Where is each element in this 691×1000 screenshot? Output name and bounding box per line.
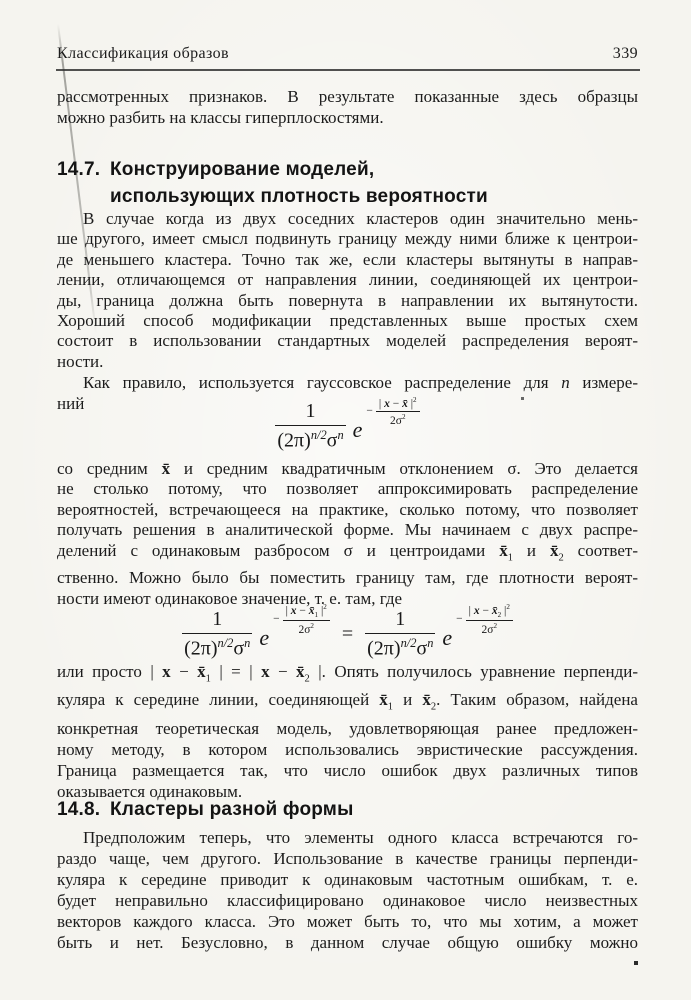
running-header: Классификация образов 339 bbox=[57, 45, 638, 63]
minus-sign: − bbox=[366, 405, 373, 417]
fraction: 1 (2π)n/2σn bbox=[365, 608, 435, 661]
text-line: вероятностей, встречающееся на практике,… bbox=[57, 500, 638, 520]
text-line: В случае когда из двух соседних кластеро… bbox=[57, 209, 638, 229]
paragraph-mean-sigma: со средним x̄ и средним квадратичным отк… bbox=[57, 459, 638, 609]
exponent-numerator: | x − x̄2 |2 bbox=[466, 603, 513, 621]
fraction-denominator: (2π)n/2σn bbox=[275, 426, 345, 453]
header-rule bbox=[56, 69, 640, 71]
text-line: со средним x̄ и средним квадратичным отк… bbox=[57, 459, 638, 479]
fraction-numerator: 1 bbox=[275, 400, 345, 426]
fraction-denominator: (2π)n/2σn bbox=[365, 634, 435, 661]
text-line: получать решения в аналитической форме. … bbox=[57, 520, 638, 540]
text-line: конкретная теоретическая модель, удовлет… bbox=[57, 718, 638, 739]
exponent: − | x − x̄ |2 2σ2 bbox=[366, 396, 419, 427]
equals-sign: = bbox=[342, 623, 353, 646]
exponent-fraction: | x − x̄1 |2 2σ2 bbox=[283, 603, 330, 636]
fraction-numerator: 1 bbox=[365, 608, 435, 634]
text-line: ному методу, в котором использовались эв… bbox=[57, 739, 638, 760]
exponential-term: e − | x − x̄ |2 2σ2 bbox=[353, 411, 420, 442]
text-line: Граница размещается так, что число ошибо… bbox=[57, 760, 638, 781]
exponential-term: e − | x − x̄2 |2 2σ2 bbox=[442, 618, 513, 651]
fraction-denominator: (2π)n/2σn bbox=[182, 634, 252, 661]
exponent-denominator: 2σ2 bbox=[283, 621, 330, 636]
e-base: e bbox=[353, 417, 363, 443]
text-line: лении, отличающемся от направления линии… bbox=[57, 270, 638, 290]
text-line: ше другого, имеет смысл подвинуть границ… bbox=[57, 229, 638, 249]
text-line: можно разбить на классы гиперплоскостями… bbox=[57, 107, 638, 128]
text-line: ды, граница должна быть повернута в напр… bbox=[57, 291, 638, 311]
exponent: − | x − x̄1 |2 2σ2 bbox=[273, 603, 330, 636]
text-line: быть и нет. Безусловно, в данном случае … bbox=[57, 932, 638, 953]
paragraph-clusters: В случае когда из двух соседних кластеро… bbox=[57, 209, 638, 372]
section-number: 14.8. bbox=[57, 796, 110, 823]
exponent-fraction: | x − x̄ |2 2σ2 bbox=[376, 396, 420, 427]
fraction-numerator: 1 bbox=[182, 608, 252, 634]
paragraph-different-shapes: Предположим теперь, что элементы одного … bbox=[57, 827, 638, 953]
exponent-numerator: | x − x̄1 |2 bbox=[283, 603, 330, 621]
book-page: Классификация образов 339 рассмотренных … bbox=[0, 0, 691, 1000]
text-line: Хороший способ модификации представленны… bbox=[57, 311, 638, 331]
section-heading-14-8: 14.8. Кластеры разной формы bbox=[57, 796, 638, 823]
minus-sign: − bbox=[456, 613, 463, 625]
exponential-term: e − | x − x̄1 |2 2σ2 bbox=[259, 618, 330, 651]
text-line: рассмотренных признаков. В результате по… bbox=[57, 86, 638, 107]
fraction: 1 (2π)n/2σn bbox=[182, 608, 252, 661]
section-title-line: Конструирование моделей, bbox=[110, 156, 488, 183]
section-heading-14-7: 14.7. Конструирование моделей, использую… bbox=[57, 156, 638, 210]
e-base: e bbox=[259, 625, 269, 651]
exponent: − | x − x̄2 |2 2σ2 bbox=[456, 603, 513, 636]
text-line: делений с одинаковым разбросом σ и центр… bbox=[57, 541, 638, 569]
text-line: куляра к середине приводит к одинаковым … bbox=[57, 869, 638, 890]
text-line: Как правило, используется гауссовское ра… bbox=[57, 372, 638, 393]
minus-sign: − bbox=[273, 613, 280, 625]
running-title: Классификация образов bbox=[57, 45, 229, 63]
paragraph-perpendicular: или просто | x − x̄1 | = | x − x̄2 |. Оп… bbox=[57, 661, 638, 802]
exponent-numerator: | x − x̄ |2 bbox=[376, 396, 420, 412]
ink-dot-artifact bbox=[521, 397, 524, 400]
section-title: Конструирование моделей, использующих пл… bbox=[110, 156, 488, 210]
text-line: векторов каждого класса. Это может быть … bbox=[57, 911, 638, 932]
formula-equal-densities: 1 (2π)n/2σn e − | x − x̄1 |2 2σ2 = 1 (2π… bbox=[57, 605, 638, 663]
formula-gauss: 1 (2π)n/2σn e − | x − x̄ |2 2σ2 bbox=[57, 397, 638, 455]
text-line: будет неправильно классифицировано одина… bbox=[57, 890, 638, 911]
e-base: e bbox=[442, 625, 452, 651]
page-number: 339 bbox=[613, 45, 638, 63]
section-title-line: использующих плотность вероятности bbox=[110, 183, 488, 210]
text-line: или просто | x − x̄1 | = | x − x̄2 |. Оп… bbox=[57, 661, 638, 689]
text-line: не столько потому, что позволяет аппрокс… bbox=[57, 479, 638, 499]
paragraph-intro: рассмотренных признаков. В результате по… bbox=[57, 86, 638, 128]
exponent-denominator: 2σ2 bbox=[376, 412, 420, 427]
text-line: ственно. Можно было бы поместить границу… bbox=[57, 568, 638, 588]
exponent-fraction: | x − x̄2 |2 2σ2 bbox=[466, 603, 513, 636]
exponent-denominator: 2σ2 bbox=[466, 621, 513, 636]
text-line: де меньшего кластера. Точно так же, если… bbox=[57, 250, 638, 270]
fraction: 1 (2π)n/2σn bbox=[275, 400, 345, 453]
text-line: состоит в использовании стандартных моде… bbox=[57, 331, 638, 351]
text-line: куляра к середине линии, соединяющей x̄1… bbox=[57, 689, 638, 717]
text-line: раздо чаще, чем другого. Использование в… bbox=[57, 848, 638, 869]
section-number: 14.7. bbox=[57, 156, 110, 210]
text-line: Предположим теперь, что элементы одного … bbox=[57, 827, 638, 848]
text-line: ности. bbox=[57, 352, 638, 372]
ink-dot-artifact bbox=[634, 961, 638, 965]
section-title-line: Кластеры разной формы bbox=[110, 796, 354, 823]
section-title: Кластеры разной формы bbox=[110, 796, 354, 823]
